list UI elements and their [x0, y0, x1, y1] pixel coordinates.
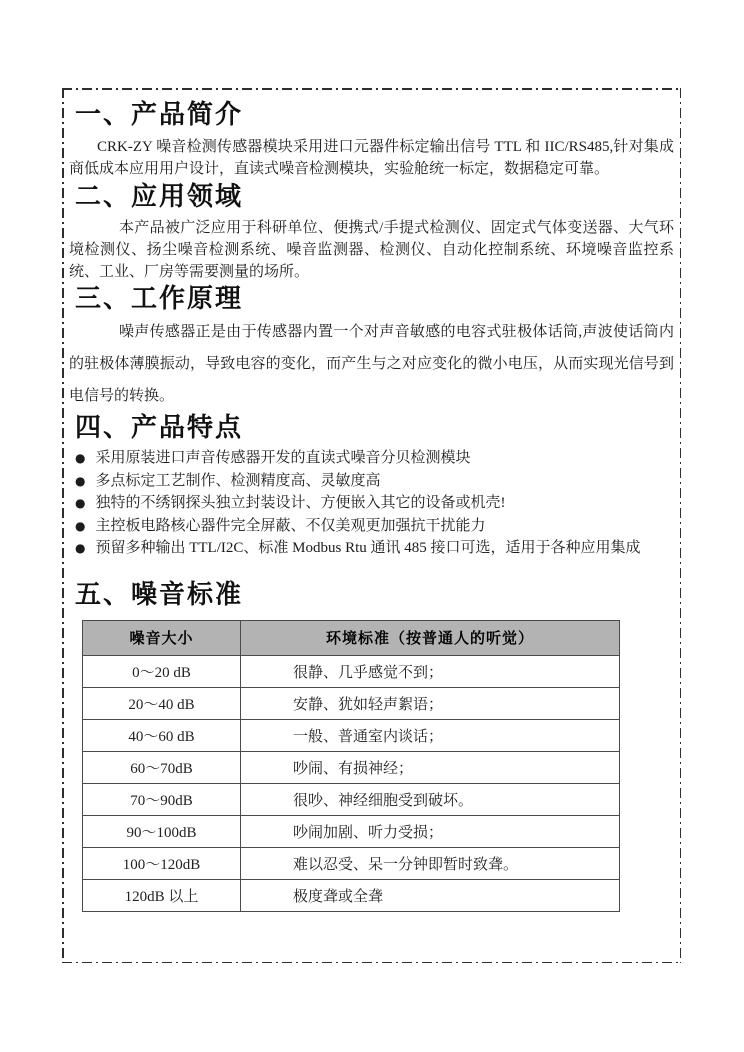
- noise-desc-cell: 极度聋或全聋: [241, 879, 620, 911]
- feature-item-text: 采用原装进口声音传感器开发的直读式噪音分贝检测模块: [95, 447, 470, 470]
- bullet-icon: ●: [67, 470, 95, 493]
- table-row: 90～100dB 吵闹加剧、听力受损；: [83, 815, 620, 847]
- noise-level-cell: 70～90dB: [83, 783, 241, 815]
- feature-item: ● 独特的不绣钢探头独立封装设计、方便嵌入其它的设备或机壳!: [67, 492, 676, 515]
- section-standards: 五、噪音标准 噪音大小 环境标准（按普通人的听觉） 0～20 dB 很静、几乎感…: [67, 579, 676, 912]
- table-row: 0～20 dB 很静、几乎感觉不到；: [83, 655, 620, 687]
- feature-item: ● 预留多种输出 TTL/I2C、标准 Modbus Rtu 通讯 485 接口…: [67, 537, 676, 560]
- section-intro: 一、产品简介 CRK-ZY 噪音检测传感器模块采用进口元器件标定输出信号 TTL…: [67, 99, 676, 180]
- noise-desc-cell: 安静、犹如轻声絮语；: [241, 687, 620, 719]
- bullet-icon: ●: [67, 492, 95, 515]
- table-row: 100～120dB 难以忍受、呆一分钟即暂时致聋。: [83, 847, 620, 879]
- noise-level-cell: 60～70dB: [83, 751, 241, 783]
- section-features-heading: 四、产品特点: [67, 412, 676, 443]
- table-row: 70～90dB 很吵、神经细胞受到破坏。: [83, 783, 620, 815]
- feature-list: ● 采用原装进口声音传感器开发的直读式噪音分贝检测模块 ● 多点标定工艺制作、检…: [67, 447, 676, 560]
- feature-item: ● 主控板电路核心器件完全屏蔽、不仅美观更加强抗干扰能力: [67, 515, 676, 538]
- noise-level-cell: 120dB 以上: [83, 879, 241, 911]
- bullet-icon: ●: [67, 515, 95, 538]
- noise-level-cell: 40～60 dB: [83, 719, 241, 751]
- noise-desc-cell: 很静、几乎感觉不到；: [241, 655, 620, 687]
- page-content: 一、产品简介 CRK-ZY 噪音检测传感器模块采用进口元器件标定输出信号 TTL…: [62, 88, 681, 963]
- environment-standard-header: 环境标准（按普通人的听觉）: [241, 620, 620, 655]
- noise-desc-cell: 很吵、神经细胞受到破坏。: [241, 783, 620, 815]
- bullet-icon: ●: [67, 447, 95, 470]
- feature-item-text: 独特的不绣钢探头独立封装设计、方便嵌入其它的设备或机壳!: [95, 492, 505, 515]
- noise-level-cell: 100～120dB: [83, 847, 241, 879]
- table-row: 40～60 dB 一般、普通室内谈话；: [83, 719, 620, 751]
- section-applications: 二、应用领域 本产品被广泛应用于科研单位、便携式/手提式检测仪、固定式气体变送器…: [67, 181, 676, 283]
- noise-desc-cell: 吵闹加剧、听力受损；: [241, 815, 620, 847]
- feature-item-text: 主控板电路核心器件完全屏蔽、不仅美观更加强抗干扰能力: [95, 515, 485, 538]
- noise-level-header: 噪音大小: [83, 620, 241, 655]
- noise-desc-cell: 难以忍受、呆一分钟即暂时致聋。: [241, 847, 620, 879]
- noise-level-cell: 90～100dB: [83, 815, 241, 847]
- feature-item-text: 多点标定工艺制作、检测精度高、灵敏度高: [95, 470, 380, 493]
- table-row: 120dB 以上 极度聋或全聋: [83, 879, 620, 911]
- section-applications-paragraph: 本产品被广泛应用于科研单位、便携式/手提式检测仪、固定式气体变送器、大气环境检测…: [67, 217, 676, 283]
- section-standards-heading: 五、噪音标准: [67, 579, 676, 610]
- noise-desc-cell: 吵闹、有损神经；: [241, 751, 620, 783]
- section-principle: 三、工作原理 噪声传感器正是由于传感器内置一个对声音敏感的电容式驻极体话筒,声波…: [67, 283, 676, 412]
- bullet-icon: ●: [67, 537, 95, 560]
- feature-item: ● 多点标定工艺制作、检测精度高、灵敏度高: [67, 470, 676, 493]
- noise-level-cell: 20～40 dB: [83, 687, 241, 719]
- datasheet-page: { "document": { "bullet_char": "●", "col…: [0, 0, 744, 1052]
- table-row: 20～40 dB 安静、犹如轻声絮语；: [83, 687, 620, 719]
- feature-item: ● 采用原装进口声音传感器开发的直读式噪音分贝检测模块: [67, 447, 676, 470]
- feature-item-text: 预留多种输出 TTL/I2C、标准 Modbus Rtu 通讯 485 接口可选…: [95, 537, 640, 560]
- noise-level-cell: 0～20 dB: [83, 655, 241, 687]
- table-row: 60～70dB 吵闹、有损神经；: [83, 751, 620, 783]
- section-features: 四、产品特点 ● 采用原装进口声音传感器开发的直读式噪音分贝检测模块 ● 多点标…: [67, 412, 676, 560]
- noise-standards-table: 噪音大小 环境标准（按普通人的听觉） 0～20 dB 很静、几乎感觉不到； 20…: [82, 620, 620, 912]
- section-applications-heading: 二、应用领域: [67, 181, 676, 212]
- section-intro-heading: 一、产品简介: [67, 99, 676, 130]
- section-intro-paragraph: CRK-ZY 噪音检测传感器模块采用进口元器件标定输出信号 TTL 和 IIC/…: [67, 136, 676, 180]
- table-header-row: 噪音大小 环境标准（按普通人的听觉）: [83, 620, 620, 655]
- section-principle-heading: 三、工作原理: [67, 283, 676, 314]
- section-principle-paragraph: 噪声传感器正是由于传感器内置一个对声音敏感的电容式驻极体话筒,声波使话筒内的驻极…: [67, 316, 676, 412]
- noise-desc-cell: 一般、普通室内谈话；: [241, 719, 620, 751]
